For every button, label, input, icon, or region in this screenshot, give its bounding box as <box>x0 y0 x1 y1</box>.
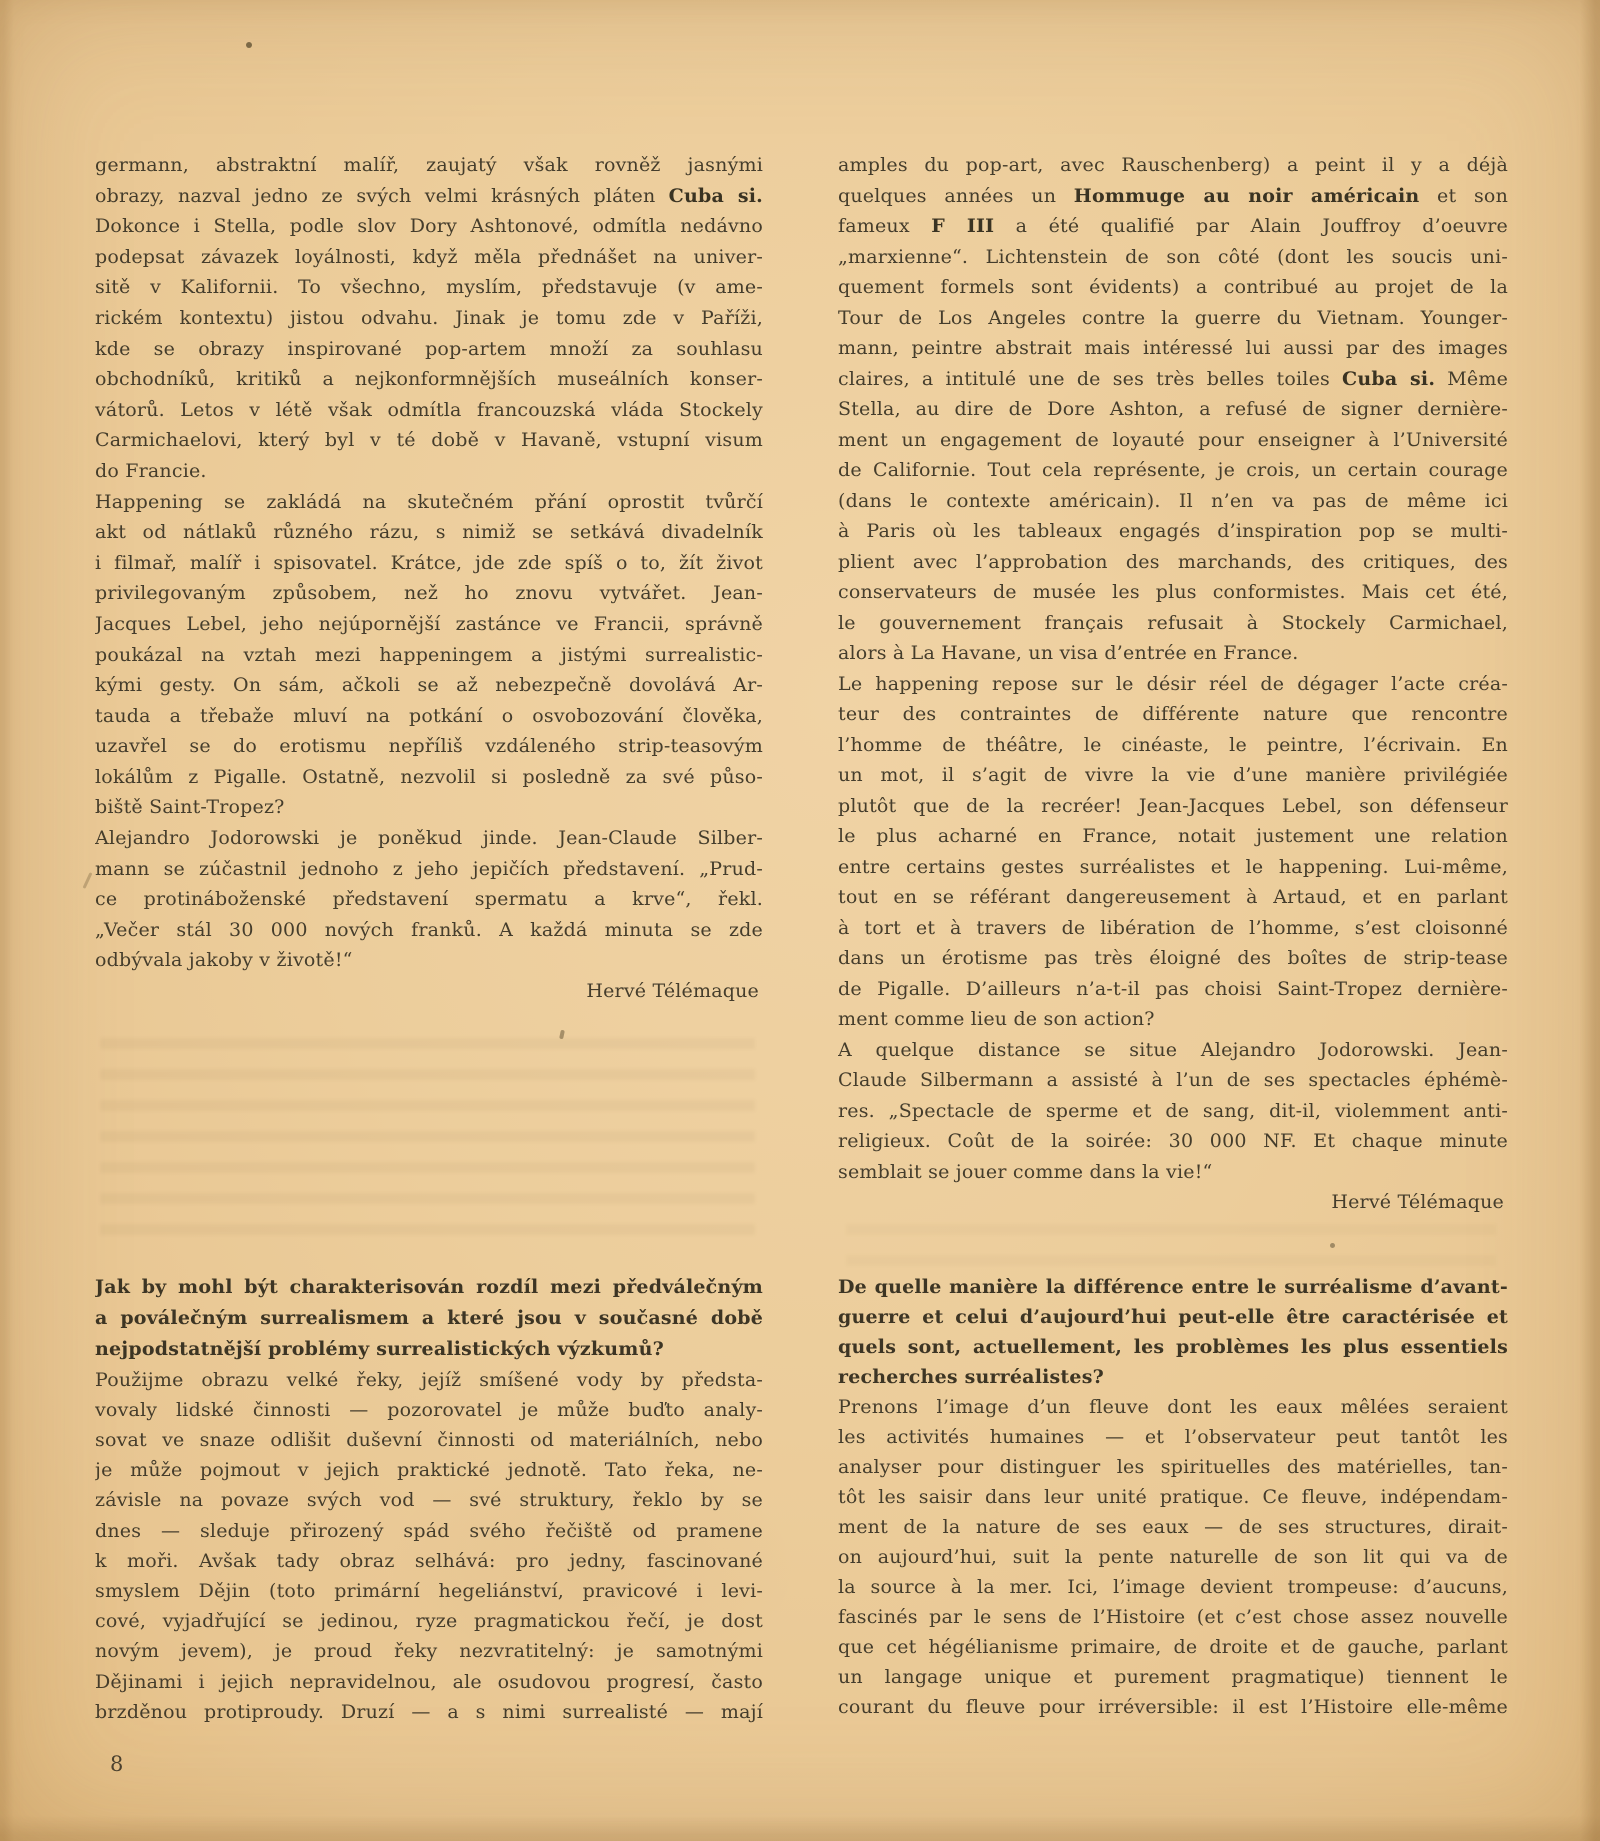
column-french-text: amples du pop-art, avec Rauschenberg) a … <box>838 150 1508 1722</box>
text-line: plutôt que de la recréer! Jean-Jacques L… <box>838 791 1508 822</box>
text-line: smyslem Dějin (toto primární hegeliánstv… <box>95 1576 763 1606</box>
text-line: à tort et à travers de libération de l’h… <box>838 913 1508 944</box>
text-line: a poválečným surrealismem a které jsou v… <box>95 1303 763 1334</box>
text-line: claires, a intitulé une de ses très bell… <box>838 364 1508 395</box>
text-line: (dans le contexte américain). Il n’en va… <box>838 486 1508 517</box>
text-line: brzděnou protiproudy. Druzí — a s nimi s… <box>95 1697 763 1727</box>
text-line: sitě v Kalifornii. To všechno, myslím, p… <box>95 272 763 303</box>
text-line: vátorů. Letos v létě však odmítla franco… <box>95 395 763 426</box>
text-line: teur des contraintes de différente natur… <box>838 699 1508 730</box>
text-line: de Pigalle. D’ailleurs n’a-t-il pas choi… <box>838 974 1508 1005</box>
text-line: Dokonce i Stella, podle slov Dory Ashton… <box>95 211 763 242</box>
text-line: recherches surréalistes? <box>838 1362 1508 1392</box>
text-line: ment un engagement de loyauté pour ensei… <box>838 425 1508 456</box>
text-line: Dějinami i jejich nepravidelnou, ale osu… <box>95 1667 763 1697</box>
text-line: akt od nátlaků různého rázu, s nimiž se … <box>95 517 763 548</box>
paragraph: A quelque distance se situe Alejandro Jo… <box>838 1035 1508 1188</box>
paragraph: amples du pop-art, avec Rauschenberg) a … <box>838 150 1508 669</box>
text-line: de Californie. Tout cela représente, je … <box>838 455 1508 486</box>
text-line: religieux. Coût de la soirée: 30 000 NF.… <box>838 1126 1508 1157</box>
text-line: privilegovaným způsobem, než ho znovu vy… <box>95 578 763 609</box>
text-line: Le happening repose sur le désir réel de… <box>838 669 1508 700</box>
text-line: kými gesty. On sám, ačkoli se až nebezpe… <box>95 670 763 701</box>
text-line: biště Saint-Tropez? <box>95 792 763 823</box>
text-line: do Francie. <box>95 456 763 487</box>
page-number: 8 <box>110 1752 123 1776</box>
paper-speck <box>246 42 252 48</box>
text-line: De quelle manière la différence entre le… <box>838 1272 1508 1302</box>
text-line: guerre et celui d’aujourd’hui peut-elle … <box>838 1302 1508 1332</box>
text-line: Prenons l’image d’un fleuve dont les eau… <box>838 1392 1508 1422</box>
paragraph: Alejandro Jodorowski je poněkud jinde. J… <box>95 823 763 976</box>
text-line: quelques années un Hommuge au noir améri… <box>838 181 1508 212</box>
text-line: Tour de Los Angeles contre la guerre du … <box>838 303 1508 334</box>
paragraph: Prenons l’image d’un fleuve dont les eau… <box>838 1392 1508 1722</box>
text-line: cové, vyjadřující se jedinou, ryze pragm… <box>95 1606 763 1636</box>
column-czech-text: germann, abstraktní malíř, zaujatý však … <box>95 150 763 1727</box>
text-line: mann se zúčastnil jednoho z jeho jepičíc… <box>95 854 763 885</box>
text-line: dnes — sleduje přirozený spád svého řeči… <box>95 1516 763 1546</box>
text-line: quels sont, actuellement, les problèmes … <box>838 1332 1508 1362</box>
text-line: novým jevem), je proud řeky nezvratiteln… <box>95 1636 763 1666</box>
text-line: Hervé Télémaque <box>838 1187 1508 1218</box>
text-line: Carmichaelovi, který byl v té době v Hav… <box>95 425 763 456</box>
text-line: mann, peintre abstrait mais intéressé lu… <box>838 333 1508 364</box>
text-line: Hervé Télémaque <box>95 976 763 1007</box>
text-line: fameux F III a été qualifié par Alain Jo… <box>838 211 1508 242</box>
text-line: le plus acharné en France, notait justem… <box>838 821 1508 852</box>
text-line: le gouvernement français refusait à Stoc… <box>838 608 1508 639</box>
text-line: tôt les saisir dans leur unité pratique.… <box>838 1482 1508 1512</box>
text-line: Jacques Lebel, jeho nejúpornější zastánc… <box>95 609 763 640</box>
text-line: obrazy, nazval jedno ze svých velmi krás… <box>95 181 763 212</box>
text-line: un langage unique et purement pragmatiqu… <box>838 1662 1508 1692</box>
text-line: fascinés par le sens de l’Histoire (et c… <box>838 1602 1508 1632</box>
text-line: amples du pop-art, avec Rauschenberg) a … <box>838 150 1508 181</box>
text-line: tout en se référant dangereusement à Art… <box>838 882 1508 913</box>
paragraph: Happening se zakládá na skutečném přání … <box>95 487 763 824</box>
text-line: i filmař, malíř i spisovatel. Krátce, jd… <box>95 548 763 579</box>
text-line: ment de la nature de ses eaux — de ses s… <box>838 1512 1508 1542</box>
text-line: la source à la mer. Ici, l’image devient… <box>838 1572 1508 1602</box>
text-line: dans un érotisme pas très éloigné des bo… <box>838 943 1508 974</box>
text-line: uzavřel se do erotismu nepříliš vzdálené… <box>95 731 763 762</box>
text-line: Happening se zakládá na skutečném přání … <box>95 487 763 518</box>
text-line: obchodníků, kritiků a nejkonformnějších … <box>95 364 763 395</box>
text-line: Alejandro Jodorowski je poněkud jinde. J… <box>95 823 763 854</box>
text-line: ce protináboženské představení spermatu … <box>95 884 763 915</box>
text-line: je může pojmout v jejich praktické jedno… <box>95 1455 763 1485</box>
paragraph: Použijme obrazu velké řeky, jejíž smíšen… <box>95 1365 763 1727</box>
text-line: poukázal na vztah mezi happeningem a jis… <box>95 640 763 671</box>
interview-question: De quelle manière la différence entre le… <box>838 1272 1508 1392</box>
text-line: vovaly lidské činnosti — pozorovatel je … <box>95 1395 763 1425</box>
text-line: les activités humaines — et l’observateu… <box>838 1422 1508 1452</box>
text-line: alors à La Havane, un visa d’entrée en F… <box>838 638 1508 669</box>
text-line: quement formels sont évidents) a contrib… <box>838 272 1508 303</box>
text-line: que cet hégélianisme primaire, de droite… <box>838 1632 1508 1662</box>
text-line: on aujourd’hui, suit la pente naturelle … <box>838 1542 1508 1572</box>
text-line: Jak by mohl být charakterisován rozdíl m… <box>95 1272 763 1303</box>
text-line: un mot, il s’agit de vivre la vie d’une … <box>838 760 1508 791</box>
text-line: entre certains gestes surréalistes et le… <box>838 852 1508 883</box>
text-line: à Paris où les tableaux engagés d’inspir… <box>838 516 1508 547</box>
text-line: plient avec l’approbation des marchands,… <box>838 547 1508 578</box>
paper-mark <box>83 872 93 889</box>
text-line: sovat ve snaze odlišit duševní činnosti … <box>95 1425 763 1455</box>
text-line: analyser pour distinguer les spirituelle… <box>838 1452 1508 1482</box>
text-line: germann, abstraktní malíř, zaujatý však … <box>95 150 763 181</box>
text-line: conservateurs de musée les plus conformi… <box>838 577 1508 608</box>
text-line: ment comme lieu de son action? <box>838 1004 1508 1035</box>
text-line: semblait se jouer comme dans la vie!“ <box>838 1157 1508 1188</box>
text-line: courant du fleuve pour irréversible: il … <box>838 1692 1508 1722</box>
text-line: res. „Spectacle de sperme et de sang, di… <box>838 1096 1508 1127</box>
paragraph: Le happening repose sur le désir réel de… <box>838 669 1508 1035</box>
text-line: Stella, au dire de Dore Ashton, a refusé… <box>838 394 1508 425</box>
text-line: „Večer stál 30 000 nových franků. A každ… <box>95 915 763 946</box>
text-line: A quelque distance se situe Alejandro Jo… <box>838 1035 1508 1066</box>
text-line: „marxienne“. Lichtenstein de son côté (d… <box>838 242 1508 273</box>
paragraph: germann, abstraktní malíř, zaujatý však … <box>95 150 763 487</box>
text-line: lokálům z Pigalle. Ostatně, nezvolil si … <box>95 762 763 793</box>
text-line: závisle na povaze svých vod — své strukt… <box>95 1485 763 1515</box>
text-line: tauda a třebaže mluví na potkání o osvob… <box>95 701 763 732</box>
text-line: podepsat závazek loyálnosti, když měla p… <box>95 242 763 273</box>
text-line: Claude Silbermann a assisté à l’un de se… <box>838 1065 1508 1096</box>
text-line: nejpodstatnější problémy surrealistickýc… <box>95 1334 763 1365</box>
author-byline: Hervé Télémaque <box>95 976 763 1007</box>
text-line: Použijme obrazu velké řeky, jejíž smíšen… <box>95 1365 763 1395</box>
scanned-book-page: germann, abstraktní malíř, zaujatý však … <box>0 0 1600 1841</box>
text-line: kde se obrazy inspirované pop-artem množ… <box>95 334 763 365</box>
text-line: odbývala jakoby v životě!“ <box>95 945 763 976</box>
author-byline: Hervé Télémaque <box>838 1187 1508 1218</box>
text-line: l’homme de théâtre, le cinéaste, le pein… <box>838 730 1508 761</box>
text-line: rickém kontextu) jistou odvahu. Jinak je… <box>95 303 763 334</box>
interview-question: Jak by mohl být charakterisován rozdíl m… <box>95 1272 763 1365</box>
text-line: k moři. Avšak tady obraz selhává: pro je… <box>95 1546 763 1576</box>
paper-speck <box>1330 1243 1335 1248</box>
